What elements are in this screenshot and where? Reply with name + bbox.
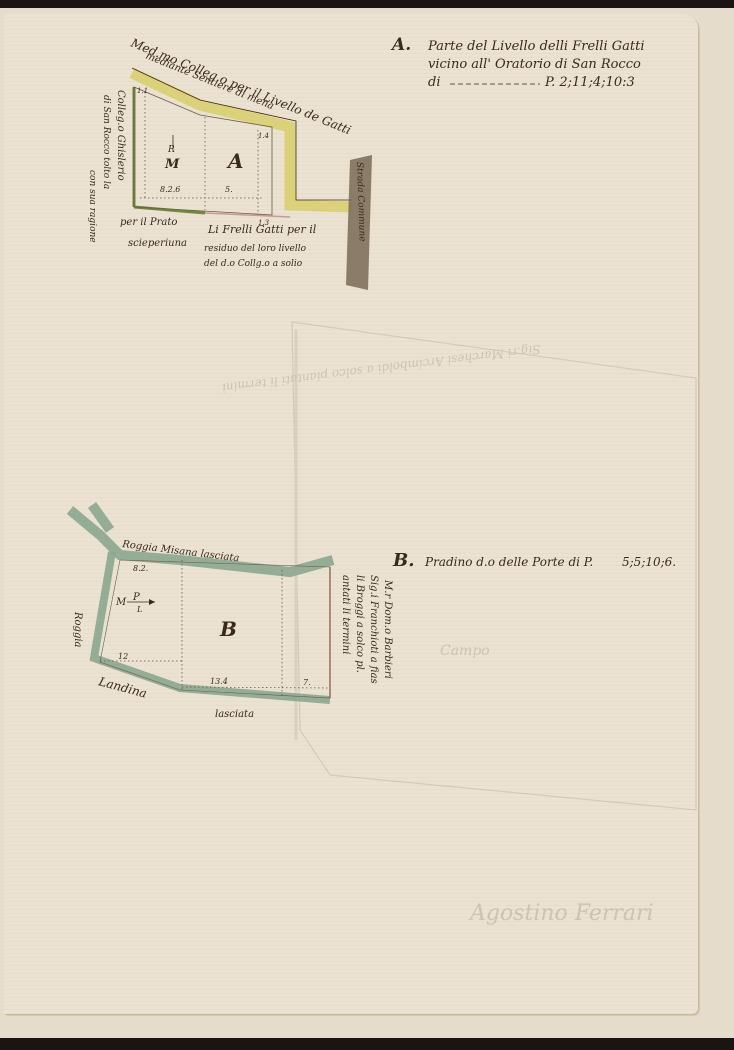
- parcel-b-north-top: P: [132, 592, 140, 603]
- parcel-b-m-1: 8.2.: [133, 564, 148, 573]
- parcel-b-label-right3: li Broggi a solco pl.: [354, 575, 365, 673]
- parcel-b-north-sub: L: [136, 605, 142, 614]
- parcel-a-label-bottom2: scieperiuna: [128, 238, 187, 249]
- parcel-b-label-right1: M.r Dom.o Barbieri: [382, 579, 393, 679]
- parcel-a-m-1: 8.2.6: [160, 185, 180, 194]
- bleed-through-ghost: Sig.ri Marchesi Arcimboldi a solco piant…: [221, 322, 696, 926]
- parcel-a-letter: A.: [390, 35, 411, 55]
- parcel-b-m-4: 7.: [303, 678, 311, 687]
- ghost-signature: Agostino Ferrari: [468, 901, 654, 926]
- parcel-b-area: 5;5;10;6.: [622, 555, 676, 569]
- parcel-a-north-top: P.: [167, 145, 175, 155]
- parcel-a-letter-label: A: [226, 149, 244, 173]
- parcel-a-m-4: 1.4: [258, 132, 269, 140]
- arrowhead-icon: [149, 599, 155, 605]
- parcel-a-label-bottom5: del d.o Collg.o a solio: [204, 259, 303, 269]
- parcel-a-drawing: Strada Commune Med.mo Colleg.o per il Li…: [87, 35, 372, 290]
- parcel-b-drawing: Roggia Misana lasciata Roggia Landina la…: [70, 505, 393, 720]
- parcel-a-heading-line2: vicino all' Oratorio di San Rocco: [428, 57, 641, 72]
- parcel-b-label-right4: antati li termini: [340, 575, 351, 654]
- parcel-b-label-bottom-note: lasciata: [215, 709, 254, 720]
- parcel-b-label-left-ditch: Roggia: [72, 611, 83, 648]
- parcel-a-label-bottom1: per il Prato: [120, 217, 177, 228]
- parcel-a-north-mark: M: [164, 157, 180, 172]
- cadastral-map: Sig.ri Marchesi Arcimboldi a solco piant…: [0, 0, 734, 1050]
- parcel-a-heading-line3-label: di: [428, 75, 440, 90]
- parcel-b-m-3: 13.4: [210, 677, 228, 686]
- parcel-b-heading: B. Pradino d.o delle Porte di P. 5;5;10;…: [392, 550, 676, 571]
- parcel-b-letter-label: B: [219, 617, 237, 641]
- parcel-a-m-3: 1.1: [137, 87, 148, 95]
- parcel-b-north-left: M: [115, 597, 127, 608]
- parcel-a-label-left1: Colleg.o Ghislerio: [115, 90, 126, 181]
- parcel-b-label-right2: Sig.i Franchioti a fias: [368, 575, 379, 684]
- parcel-a-heading: A. Parte del Livello delli Frelli Gatti …: [390, 35, 644, 90]
- parcel-a-m-2: 5.: [225, 185, 233, 194]
- parcel-b-letter: B.: [392, 550, 414, 571]
- parcel-a-label-left3: con sua ragione: [87, 170, 97, 243]
- parcel-b-m-2: 12: [118, 652, 128, 661]
- parcel-a-area: P. 2;11;4;10:3: [544, 75, 635, 90]
- parcel-a-label-left2: di San Rocco tolto la: [101, 95, 111, 189]
- parcel-a-label-bottom4: residuo del loro livello: [204, 244, 307, 254]
- ghost-text-1: Sig.ri Marchesi Arcimboldi a solco piant…: [221, 342, 541, 395]
- ghost-text-2: Campo: [440, 643, 490, 659]
- parcel-a-m-5: 1.3: [258, 219, 270, 227]
- parcel-a-heading-line1: Parte del Livello delli Frelli Gatti: [427, 39, 644, 54]
- parcel-b-heading-text: Pradino d.o delle Porte di P.: [424, 555, 593, 569]
